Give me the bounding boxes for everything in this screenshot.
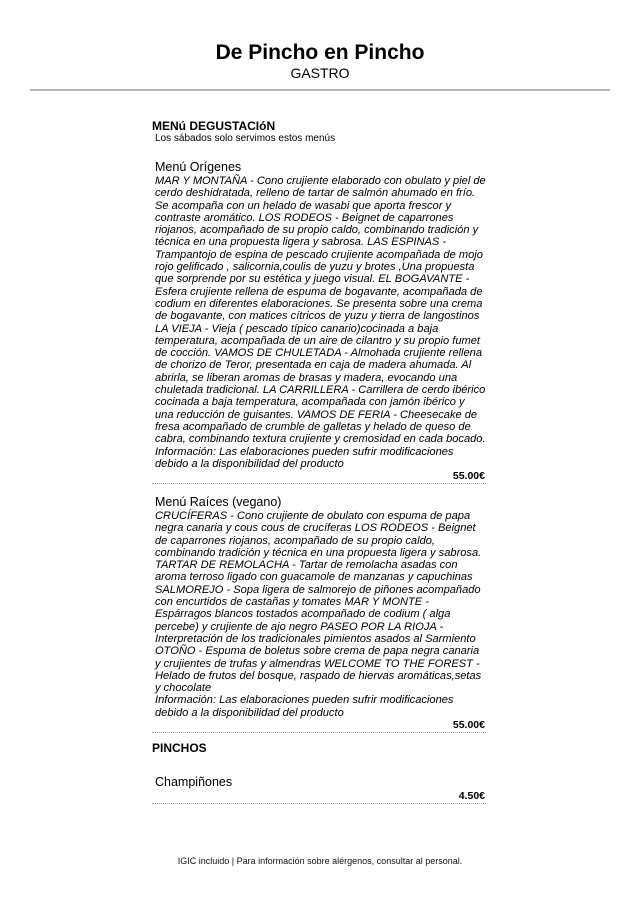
item-description-text: CRUCÍFERAS - Cono crujiente de obulato c… [155,510,481,694]
menu-item-champinones: Champiñones 4.50€ [152,775,486,804]
dotted-separator [152,732,486,733]
menu-item-origenes: Menú Orígenes MAR Y MONTAÑA - Cono cruji… [152,160,486,484]
menu-item-raices: Menú Raíces (vegano) CRUCÍFERAS - Cono c… [152,495,486,733]
section-subtitle: Los sábados solo servimos estos menús [152,133,486,144]
item-note-line-1: Información: Las elaboraciones pueden su… [155,694,453,706]
item-description: CRUCÍFERAS - Cono crujiente de obulato c… [152,510,486,719]
item-price: 55.00€ [152,719,486,731]
item-name: Menú Raíces (vegano) [152,495,486,510]
section-title: PINCHOS [152,742,486,755]
item-name: Champiñones [152,775,486,790]
section-menu-degustacion: MENú DEGUSTACIóN Los sábados solo servim… [152,120,486,144]
section-title: MENú DEGUSTACIóN [152,120,486,133]
item-note-line-2: debido a la disponibilidad del producto [155,707,344,719]
item-note-line-1: Información: Las elaboraciones pueden su… [155,446,453,458]
restaurant-name: De Pincho en Pincho [0,41,640,65]
item-description: MAR Y MONTAÑA - Cono crujiente elaborado… [152,175,486,470]
dotted-separator [152,803,486,804]
item-description-text: MAR Y MONTAÑA - Cono crujiente elaborado… [155,175,486,445]
dotted-separator [152,483,486,484]
section-pinchos: PINCHOS [152,742,486,755]
restaurant-subtitle: GASTRO [0,65,640,81]
restaurant-header: De Pincho en Pincho GASTRO [0,41,640,81]
item-note-line-2: debido a la disponibilidad del producto [155,458,344,470]
item-price: 55.00€ [152,470,486,482]
item-price: 4.50€ [152,790,486,802]
header-divider [30,89,610,91]
footer-note: IGIC incluido | Para información sobre a… [0,856,640,867]
item-name: Menú Orígenes [152,160,486,175]
